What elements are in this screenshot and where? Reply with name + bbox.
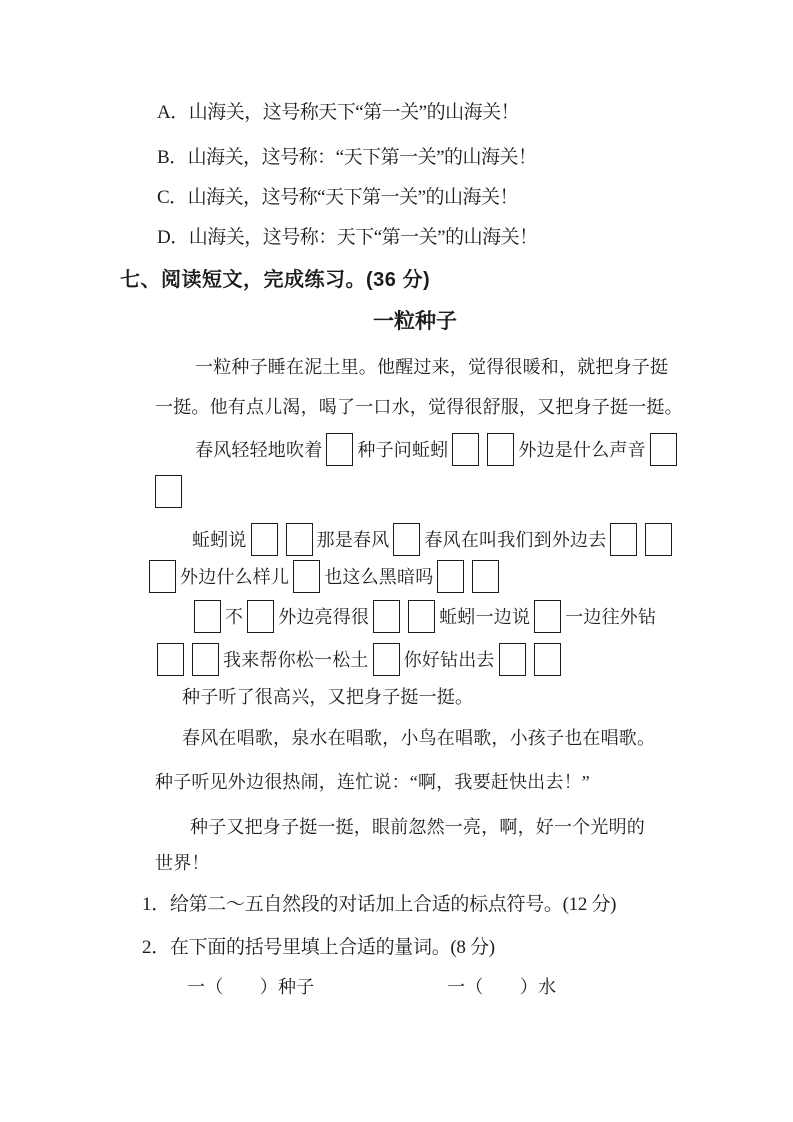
passage-line: 外边什么样儿也这么黑暗吗 [145, 557, 503, 597]
measure-blank-seed: 一（ ）种子 [187, 977, 314, 997]
punctuation-box [293, 560, 320, 593]
punctuation-box [373, 643, 400, 676]
passage-text-segment: 种子听了很高兴，又把身子挺一挺。 [182, 687, 473, 707]
punctuation-box [192, 643, 219, 676]
passage-text-segment: 一边往外钻 [565, 607, 656, 627]
passage-text-segment: 世界！ [155, 853, 210, 873]
passage-line [151, 472, 186, 512]
passage-text-segment: 也这么黑暗吗 [324, 567, 433, 587]
punctuation-box [499, 643, 526, 676]
question-2: 2．在下面的括号里填上合适的量词。(8 分) [142, 928, 495, 968]
punctuation-box [437, 560, 464, 593]
measure-word-blanks-row: 一（ ）种子 一（ ）水 [187, 967, 556, 1007]
measure-blank-water: 一（ ）水 [447, 977, 556, 997]
punctuation-box [645, 523, 672, 556]
punctuation-box [247, 600, 274, 633]
punctuation-box [194, 600, 221, 633]
passage-line: 种子又把身子挺一挺，眼前忽然一亮，啊，好一个光明的 [190, 807, 645, 847]
option-a: A．山海关，这号称天下“第一关”的山海关！ [157, 93, 519, 133]
passage-text-segment: 你好钻出去 [404, 650, 495, 670]
passage-text-segment: 种子问蚯蚓 [357, 440, 448, 460]
passage-line: 一挺。他有点儿渴，喝了一口水，觉得很舒服，又把身子挺一挺。 [155, 387, 683, 427]
punctuation-box [610, 523, 637, 556]
punctuation-box [373, 600, 400, 633]
option-d: D．山海关，这号称：天下“第一关”的山海关！ [157, 218, 538, 258]
worksheet-page: A．山海关，这号称天下“第一关”的山海关！ B．山海关，这号称：“天下第一关”的… [0, 0, 793, 1122]
punctuation-box [155, 475, 182, 508]
passage-line: 种子听了很高兴，又把身子挺一挺。 [182, 677, 473, 717]
passage-line: 春风在唱歌，泉水在唱歌，小鸟在唱歌，小孩子也在唱歌。 [182, 718, 655, 758]
option-b: B．山海关，这号称：“天下第一关”的山海关！ [157, 138, 537, 178]
punctuation-box [472, 560, 499, 593]
passage-text-segment: 我来帮你松一松土 [223, 650, 369, 670]
passage-text-segment: 种子听见外边很热闹，连忙说：“啊，我要赶快出去！” [155, 772, 590, 792]
punctuation-box [452, 433, 479, 466]
passage-text-segment: 外边亮得很 [278, 607, 369, 627]
punctuation-box [534, 600, 561, 633]
punctuation-box [393, 523, 420, 556]
section-heading: 七、阅读短文，完成练习。(36 分) [120, 260, 430, 300]
passage-text-segment: 那是春风 [317, 530, 390, 550]
passage-line: 我来帮你松一松土你好钻出去 [153, 640, 565, 680]
passage-text-segment: 不 [225, 607, 243, 627]
option-c: C．山海关，这号称“天下第一关”的山海关！ [157, 178, 518, 218]
question-1: 1．给第二～五自然段的对话加上合适的标点符号。(12 分) [142, 885, 616, 925]
passage-text-segment: 一粒种子睡在泥土里。他醒过来，觉得很暖和，就把身子挺 [195, 357, 668, 377]
punctuation-box [534, 643, 561, 676]
passage-line: 不外边亮得很蚯蚓一边说一边往外钻 [190, 597, 656, 637]
passage-text-segment: 种子又把身子挺一挺，眼前忽然一亮，啊，好一个光明的 [190, 817, 645, 837]
punctuation-box [487, 433, 514, 466]
passage-text-segment: 一挺。他有点儿渴，喝了一口水，觉得很舒服，又把身子挺一挺。 [155, 397, 683, 417]
punctuation-box [650, 433, 677, 466]
passage-text-segment: 蚯蚓说 [192, 530, 247, 550]
passage-title: 一粒种子 [157, 302, 673, 342]
passage-text-segment: 春风轻轻地吹着 [195, 440, 322, 460]
passage-text-segment: 春风在叫我们到外边去 [424, 530, 606, 550]
punctuation-box [157, 643, 184, 676]
passage-line: 春风轻轻地吹着种子问蚯蚓外边是什么声音 [195, 430, 681, 470]
passage-text-segment: 蚯蚓一边说 [439, 607, 530, 627]
punctuation-box [286, 523, 313, 556]
passage-line: 种子听见外边很热闹，连忙说：“啊，我要赶快出去！” [155, 762, 590, 802]
punctuation-box [251, 523, 278, 556]
passage-line: 世界！ [155, 843, 210, 883]
passage-text-segment: 春风在唱歌，泉水在唱歌，小鸟在唱歌，小孩子也在唱歌。 [182, 728, 655, 748]
passage-text-segment: 外边是什么声音 [518, 440, 645, 460]
passage-line: 一粒种子睡在泥土里。他醒过来，觉得很暖和，就把身子挺 [195, 347, 668, 387]
punctuation-box [408, 600, 435, 633]
passage-line: 蚯蚓说那是春风春风在叫我们到外边去 [192, 520, 676, 560]
punctuation-box [326, 433, 353, 466]
punctuation-box [149, 560, 176, 593]
passage-text-segment: 外边什么样儿 [180, 567, 289, 587]
